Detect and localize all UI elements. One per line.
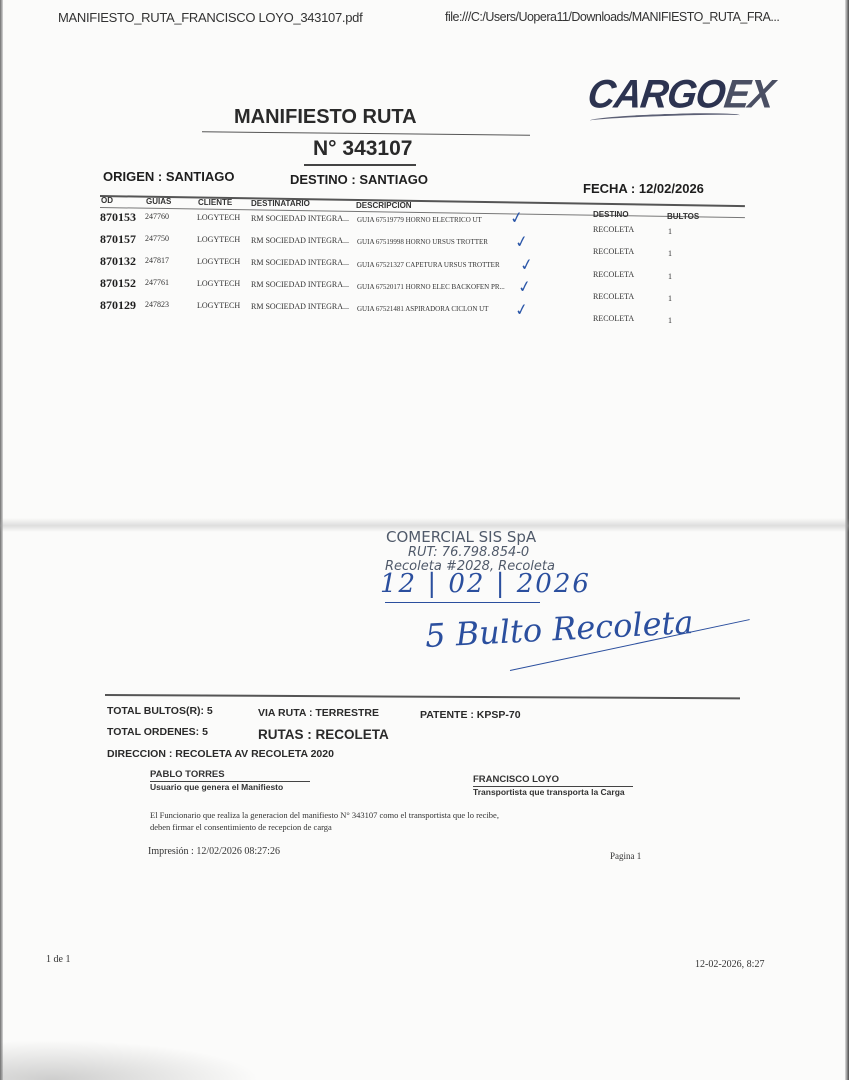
cell-cliente: LOGYTECH (197, 213, 240, 222)
cell-descripcion: GUIA 67519779 HORNO ELECTRICO UT (357, 216, 482, 224)
cell-cliente: LOGYTECH (197, 279, 240, 288)
paper-shadow (0, 1040, 260, 1080)
total-bultos: TOTAL BULTOS(R): 5 (107, 705, 213, 717)
cell-guia: 247760 (145, 212, 169, 221)
stamp-company: COMERCIAL SIS SpA (386, 528, 536, 546)
page-label: Pagina 1 (610, 851, 641, 861)
cell-od: 870132 (100, 254, 136, 269)
cell-destinatario: RM SOCIEDAD INTEGRA... (251, 236, 349, 245)
column-header-bultos: BULTOS (667, 212, 699, 221)
column-header-descripcion: DESCRIPCION (356, 201, 412, 210)
print-header-file-url: file:///C:/Users/Uopera11/Downloads/MANI… (445, 10, 779, 24)
cell-destino: RECOLETA (593, 247, 634, 256)
cell-destino: RECOLETA (593, 314, 634, 323)
handwritten-note: 5 Bulto Recoleta (424, 603, 694, 655)
cell-od: 870129 (100, 298, 136, 313)
totals-divider (105, 694, 740, 699)
cell-bultos: 1 (668, 227, 672, 236)
logo-main: CARGO (585, 73, 727, 117)
page-count: 1 de 1 (46, 954, 70, 965)
column-header-cliente: CLIENTE (198, 198, 232, 207)
table-top-rule (100, 195, 745, 207)
cell-descripcion: GUIA 67521481 ASPIRADORA CICLON UT (357, 305, 488, 313)
checkmark-icon: ✓ (513, 299, 530, 321)
cell-guia: 247761 (145, 278, 169, 287)
cell-destino: RECOLETA (593, 225, 634, 234)
generator-name: PABLO TORRES (150, 769, 225, 780)
column-header-od: OD (101, 196, 113, 205)
date-label: FECHA : 12/02/2026 (583, 181, 704, 196)
cell-guia: 247750 (145, 234, 169, 243)
print-header-document-title: MANIFIESTO_RUTA_FRANCISCO LOYO_343107.pd… (58, 10, 362, 25)
cell-destinatario: RM SOCIEDAD INTEGRA... (251, 214, 349, 223)
title-divider (202, 131, 530, 135)
cell-descripcion: GUIA 67521327 CAPETURA URSUS TROTTER (357, 261, 500, 269)
number-underline (304, 164, 416, 166)
paper-edge-right (845, 0, 849, 1080)
cell-destinatario: RM SOCIEDAD INTEGRA... (251, 302, 349, 311)
notice-line-1: El Funcionario que realiza la generacion… (150, 810, 499, 820)
stamp-rut: RUT: 76.798.854-0 (408, 545, 529, 560)
handwritten-date: 12 | 02 | 2026 (380, 569, 591, 599)
column-header-guias: GUIAS (146, 197, 171, 206)
print-timestamp: Impresión : 12/02/2026 08:27:26 (148, 846, 280, 857)
via-ruta: VIA RUTA : TERRESTRE (258, 707, 379, 719)
cell-guia: 247823 (145, 300, 169, 309)
cell-bultos: 1 (668, 316, 672, 325)
notice-line-2: deben firmar el consentimiento de recepc… (150, 822, 332, 832)
handwritten-date-underline (385, 602, 540, 603)
generator-role: Usuario que genera el Manifiesto (150, 782, 283, 792)
cell-cliente: LOGYTECH (197, 235, 240, 244)
cell-od: 870157 (100, 232, 136, 247)
direccion: DIRECCION : RECOLETA AV RECOLETA 2020 (107, 748, 334, 760)
cell-destino: RECOLETA (593, 292, 634, 301)
cell-od: 870152 (100, 276, 136, 291)
cell-destinatario: RM SOCIEDAD INTEGRA... (251, 280, 349, 289)
cell-bultos: 1 (668, 249, 672, 258)
cell-bultos: 1 (668, 294, 672, 303)
total-ordenes: TOTAL ORDENES: 5 (107, 726, 208, 738)
carrier-name: FRANCISCO LOYO (473, 774, 559, 785)
cell-od: 870153 (100, 210, 136, 225)
column-header-destino: DESTINO (593, 210, 629, 219)
cell-cliente: LOGYTECH (197, 301, 240, 310)
rutas: RUTAS : RECOLETA (258, 727, 389, 742)
printed-datetime: 12-02-2026, 8:27 (695, 959, 764, 970)
carrier-role: Transportista que transporta la Carga (473, 787, 625, 797)
cargoex-logo: CARGOEX (585, 73, 776, 118)
manifest-number: N° 343107 (313, 137, 412, 161)
cell-cliente: LOGYTECH (197, 257, 240, 266)
cell-destino: RECOLETA (593, 270, 634, 279)
destination-label: DESTINO : SANTIAGO (290, 172, 428, 187)
column-header-destinatario: DESTINATARIO (251, 199, 310, 208)
paper-edge-left (0, 0, 3, 1080)
patente: PATENTE : KPSP-70 (420, 709, 521, 721)
cell-descripcion: GUIA 67519998 HORNO URSUS TROTTER (357, 238, 488, 246)
cell-bultos: 1 (668, 272, 672, 281)
logo-suffix: EX (722, 73, 777, 117)
cell-descripcion: GUIA 67520171 HORNO ELEC BACKOFEN PR... (357, 283, 505, 291)
origin-label: ORIGEN : SANTIAGO (103, 169, 234, 184)
checkmark-icon: ✓ (508, 207, 525, 229)
document-title: MANIFIESTO RUTA (234, 106, 417, 129)
checkmark-icon: ✓ (516, 276, 533, 298)
checkmark-icon: ✓ (518, 254, 535, 276)
cell-destinatario: RM SOCIEDAD INTEGRA... (251, 258, 349, 267)
cell-guia: 247817 (145, 256, 169, 265)
checkmark-icon: ✓ (513, 231, 530, 253)
